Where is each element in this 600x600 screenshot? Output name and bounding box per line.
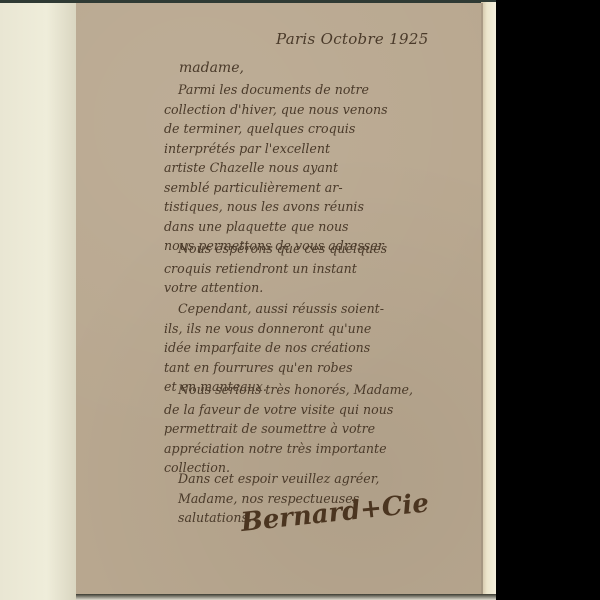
paragraph-1: Parmi les documents de notre collection … (164, 80, 464, 256)
text-line: Nous espérons que ces quelques (164, 239, 464, 259)
text-line: collection d'hiver, que nous venons (164, 100, 464, 120)
text-line: votre attention. (164, 278, 464, 298)
bottom-edge (76, 594, 496, 600)
paragraph-4: Nous serions très honorés, Madame, de la… (164, 380, 464, 478)
text-line: permettrait de soumettre à votre (164, 419, 464, 439)
text-line: Dans cet espoir veuillez agréer, (164, 469, 464, 489)
text-line: Nous serions très honorés, Madame, (164, 380, 464, 400)
page-edge-strip (481, 2, 496, 600)
text-line: appréciation notre très importante (164, 439, 464, 459)
text-line: croquis retiendront un instant (164, 259, 464, 279)
text-line: de terminer, quelques croquis (164, 119, 464, 139)
text-line: tistiques, nous les avons réunis (164, 197, 464, 217)
text-line: dans une plaquette que nous (164, 217, 464, 237)
facing-page (0, 0, 78, 600)
text-line: artiste Chazelle nous ayant (164, 158, 464, 178)
text-line: Parmi les documents de notre (164, 80, 464, 100)
text-line: tant en fourrures qu'en robes (164, 358, 464, 378)
letter-date: Paris Octobre 1925 (276, 30, 429, 48)
text-line: ils, ils ne vous donneront qu'une (164, 319, 464, 339)
text-line: idée imparfaite de nos créations (164, 338, 464, 358)
letter-card: Paris Octobre 1925 madame, Parmi les doc… (76, 3, 483, 594)
letter-salutation: madame, (179, 60, 244, 76)
text-line: interprétés par l'excellent (164, 139, 464, 159)
letter-body: Paris Octobre 1925 madame, Parmi les doc… (76, 3, 483, 594)
text-line: Cependant, aussi réussis soient- (164, 299, 464, 319)
text-line: semblé particulièrement ar- (164, 178, 464, 198)
paragraph-2: Nous espérons que ces quelques croquis r… (164, 239, 464, 298)
text-line: de la faveur de votre visite qui nous (164, 400, 464, 420)
